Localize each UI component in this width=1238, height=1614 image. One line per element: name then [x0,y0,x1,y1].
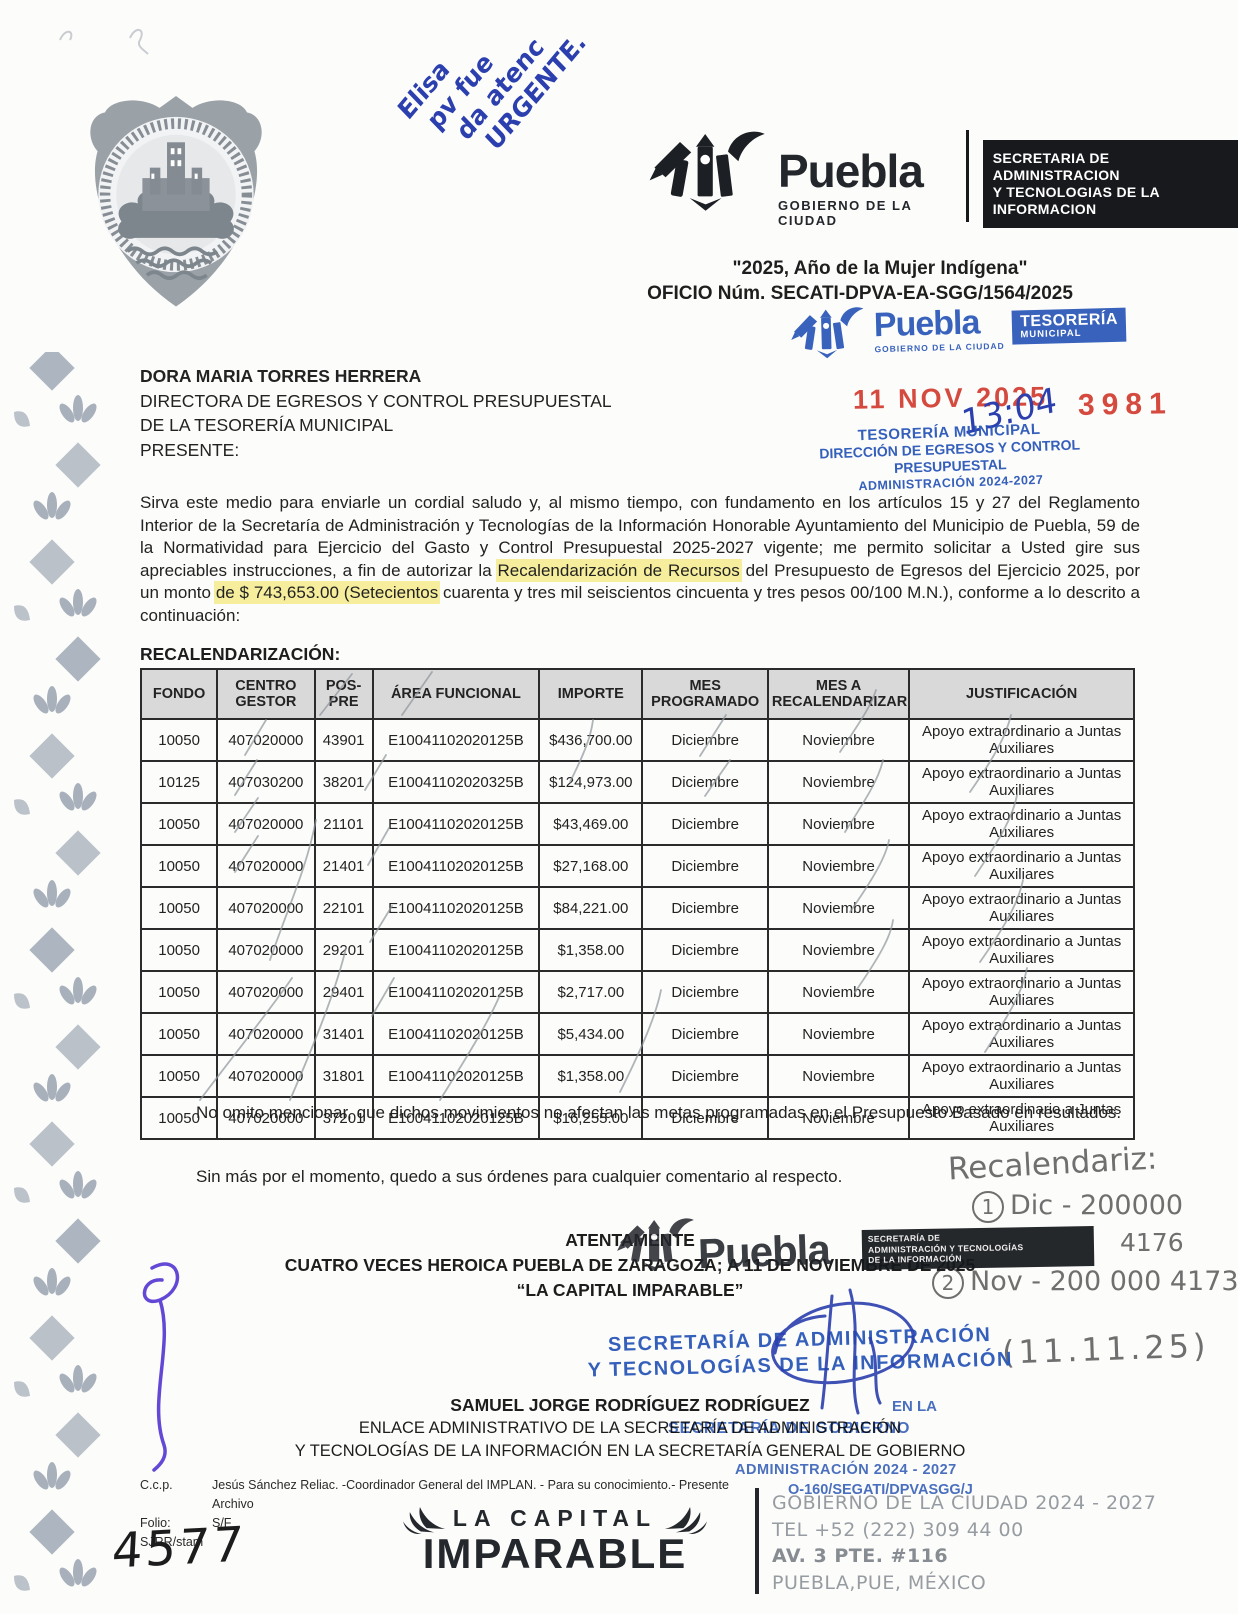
ccp-label: C.c.p. [140,1476,212,1495]
col-header-pos-pre: POS-PRE [315,669,373,719]
cell-mes_recalendarizar: Noviembre [768,845,909,887]
closing-paragraph-1: No omito mencionar, que dichos movimient… [140,1102,1140,1125]
sgg-stamp-line2: SECRETARÍA DE GOBIERNO [668,1420,910,1438]
department-line: SECRETARIA DE ADMINISTRACION [993,150,1228,184]
table-row: 1005040702000031401E10041102020125B$5,43… [141,1013,1134,1055]
cell-justificacion: Apoyo extraordinario a Juntas Auxiliares [909,929,1134,971]
cell-importe: $43,469.00 [539,803,642,845]
handwritten-page-number: 4577 [111,1516,248,1579]
capital-imparable-logo: LA CAPITAL IMPARABLE [390,1502,720,1574]
cell-fondo: 10125 [141,761,217,803]
cell-importe: $1,358.00 [539,929,642,971]
cell-centro_gestor: 407030200 [217,761,314,803]
corner-pencil-marks [40,10,160,60]
cell-centro_gestor: 407020000 [217,803,314,845]
talavera-border-pattern [8,352,116,1614]
table-row: 1005040702000031801E10041102020125B$1,35… [141,1055,1134,1097]
year-motto: "2025, Año de la Mujer Indígena" [640,258,1120,280]
tesoreria-stamp-wordmark-block: Puebla GOBIERNO DE LA CIUDAD [873,305,1004,354]
pencil-note-heading: Recalendariz: [947,1141,1158,1188]
puebla-logo-icon [648,118,768,222]
cell-mes_programado: Diciembre [642,719,767,761]
cell-area_funcional: E10041102020125B [373,803,540,845]
cell-mes_programado: Diciembre [642,803,767,845]
cell-area_funcional: E10041102020125B [373,1055,540,1097]
cell-pos_pre: 29201 [315,929,373,971]
cell-area_funcional: E10041102020125B [373,845,540,887]
capital-logo-bottom-text: IMPARABLE [390,1534,720,1574]
cell-centro_gestor: 407020000 [217,1013,314,1055]
cell-justificacion: Apoyo extraordinario a Juntas Auxiliares [909,845,1134,887]
footer-line: TEL +52 (222) 309 44 00 [772,1517,1156,1544]
highlighted-amount: de $ 743,653.00 (Setecientos [216,583,438,602]
dark-stamp-box: SECRETARÍA DE ADMINISTRACIÓN Y TECNOLOGÍ… [862,1226,1095,1270]
cell-pos_pre: 29401 [315,971,373,1013]
city-crest-icon [82,90,270,314]
stamp-tagline: GOBIERNO DE LA CIUDAD [874,341,1004,354]
footer-address: GOBIERNO DE LA CIUDAD 2024 - 2027 TEL +5… [772,1490,1156,1596]
table-row: 1005040702000021101E10041102020125B$43,4… [141,803,1134,845]
cell-area_funcional: E10041102020125B [373,719,540,761]
cell-pos_pre: 21101 [315,803,373,845]
col-header-mes-programado: MES PROGRAMADO [642,669,767,719]
header-brand: Puebla GOBIERNO DE LA CIUDAD SECRETARIA … [648,118,1238,228]
puebla-logo-dark-icon [616,1212,696,1276]
highlighted-text: Recalendarización de Recursos [498,561,740,580]
signer-title-line1: ENLACE ADMINISTRATIVO DE LA SECRETARÍA D… [180,1417,1080,1440]
cell-mes_programado: Diciembre [642,1055,767,1097]
dark-stamp-wordmark: Puebla [697,1226,830,1279]
direccion-egresos-stamp: TESORERÍA MUNICIPAL DIRECCIÓN DE EGRESOS… [769,418,1131,499]
table-header-row: FONDO CENTRO GESTOR POS-PRE ÁREA FUNCION… [141,669,1134,719]
cell-mes_recalendarizar: Noviembre [768,971,909,1013]
recipient-block: DORA MARIA TORRES HERRERA DIRECTORA DE E… [140,364,612,462]
cell-fondo: 10050 [141,1013,217,1055]
tesoreria-stamp-box: TESORERÍA MUNICIPAL [1012,307,1127,345]
sgg-stamp-fragment: EN LA [892,1398,937,1415]
cell-mes_recalendarizar: Noviembre [768,929,909,971]
cell-mes_recalendarizar: Noviembre [768,1013,909,1055]
cell-importe: $5,434.00 [539,1013,642,1055]
cell-justificacion: Apoyo extraordinario a Juntas Auxiliares [909,1013,1134,1055]
brand-wordmark: Puebla [778,148,948,194]
cell-centro_gestor: 407020000 [217,929,314,971]
cell-centro_gestor: 407020000 [217,845,314,887]
tesoreria-stamp: Puebla GOBIERNO DE LA CIUDAD TESORERÍA M… [789,296,1126,363]
department-line: Y TECNOLOGIAS DE LA INFORMACION [993,184,1228,218]
ccp-line1: C.c.p.Jesús Sánchez Reliac. -Coordinador… [140,1476,729,1495]
table-row: 1005040702000022101E10041102020125B$84,2… [141,887,1134,929]
cell-importe: $84,221.00 [539,887,642,929]
cell-area_funcional: E10041102020125B [373,1013,540,1055]
col-header-justificacion: JUSTIFICACIÓN [909,669,1134,719]
footer-line: AV. 3 PTE. #116 [772,1543,1156,1570]
recalendarizacion-table: FONDO CENTRO GESTOR POS-PRE ÁREA FUNCION… [140,668,1135,1140]
cell-area_funcional: E10041102020325B [373,761,540,803]
cell-fondo: 10050 [141,845,217,887]
cell-mes_recalendarizar: Noviembre [768,761,909,803]
col-header-mes-recalendarizar: MES A RECALENDARIZAR [768,669,909,719]
cell-importe: $1,358.00 [539,1055,642,1097]
cell-mes_programado: Diciembre [642,1013,767,1055]
table-row: 1005040702000029401E10041102020125B$2,71… [141,971,1134,1013]
cell-importe: $124,973.00 [539,761,642,803]
cell-centro_gestor: 407020000 [217,887,314,929]
cell-fondo: 10050 [141,803,217,845]
brand-divider [966,130,969,222]
cell-area_funcional: E10041102020125B [373,971,540,1013]
cell-centro_gestor: 407020000 [217,971,314,1013]
circled-number-1: 1 [972,1191,1004,1223]
wing-left-icon [403,1502,447,1534]
recipient-title: DE LA TESORERÍA MUNICIPAL [140,413,612,438]
cell-justificacion: Apoyo extraordinario a Juntas Auxiliares [909,761,1134,803]
brand-tagline: GOBIERNO DE LA CIUDAD [778,198,948,228]
scanned-oficio-page: Elisa pv fue da atenc URGENTE. Puebla GO… [0,0,1238,1614]
table-row: 1005040702000043901E10041102020125B$436,… [141,719,1134,761]
cell-fondo: 10050 [141,887,217,929]
sgg-stamp-line3: ADMINISTRACIÓN 2024 - 2027 [735,1462,957,1478]
cell-mes_recalendarizar: Noviembre [768,887,909,929]
signer-title-line2: Y TECNOLOGÍAS DE LA INFORMACIÓN EN LA SE… [180,1440,1080,1463]
cell-justificacion: Apoyo extraordinario a Juntas Auxiliares [909,971,1134,1013]
cell-mes_programado: Diciembre [642,971,767,1013]
cell-pos_pre: 43901 [315,719,373,761]
cell-mes_programado: Diciembre [642,887,767,929]
col-header-area-funcional: ÁREA FUNCIONAL [373,669,540,719]
recipient-name: DORA MARIA TORRES HERRERA [140,364,612,389]
col-header-importe: IMPORTE [539,669,642,719]
cell-fondo: 10050 [141,929,217,971]
capital-logo-top-text: LA CAPITAL [453,1506,657,1530]
cell-mes_programado: Diciembre [642,929,767,971]
cell-pos_pre: 22101 [315,887,373,929]
ccp-archivo: Archivo [212,1497,254,1511]
cell-fondo: 10050 [141,719,217,761]
cell-mes_recalendarizar: Noviembre [768,803,909,845]
cell-centro_gestor: 407020000 [217,719,314,761]
cell-area_funcional: E10041102020125B [373,929,540,971]
footer-line: PUEBLA,PUE, MÉXICO [772,1570,1156,1597]
cell-justificacion: Apoyo extraordinario a Juntas Auxiliares [909,1055,1134,1097]
urgent-handwritten-note: Elisa pv fue da atenc URGENTE. [392,0,591,188]
col-header-centro-gestor: CENTRO GESTOR [217,669,314,719]
brand-wordmark-block: Puebla GOBIERNO DE LA CIUDAD [778,118,948,228]
recipient-title: DIRECTORA DE EGRESOS Y CONTROL PRESUPUES… [140,389,612,414]
closing-paragraph-2: Sin más por el momento, quedo a sus órde… [140,1166,960,1189]
col-header-fondo: FONDO [141,669,217,719]
cell-fondo: 10050 [141,1055,217,1097]
cell-pos_pre: 31801 [315,1055,373,1097]
table-row: 1005040702000021401E10041102020125B$27,1… [141,845,1134,887]
pencil-note-item1-cont: 4176 [1120,1228,1184,1257]
cell-mes_recalendarizar: Noviembre [768,719,909,761]
table-row: 1005040702000029201E10041102020125B$1,35… [141,929,1134,971]
signer-name: SAMUEL JORGE RODRÍGUEZ RODRÍGUEZ [180,1394,1080,1417]
section-heading: RECALENDARIZACIÓN: [140,644,340,665]
cell-importe: $27,168.00 [539,845,642,887]
signer-block: SAMUEL JORGE RODRÍGUEZ RODRÍGUEZ ENLACE … [180,1394,1080,1462]
recal-table-body: 1005040702000043901E10041102020125B$436,… [141,719,1134,1139]
cell-mes_recalendarizar: Noviembre [768,1055,909,1097]
pencil-item1-text: Dic - 200000 [1010,1190,1183,1221]
pen-flourish-mark [122,1250,212,1475]
cell-mes_programado: Diciembre [642,845,767,887]
cell-pos_pre: 31401 [315,1013,373,1055]
stamp-wordmark: Puebla [873,305,1004,342]
cell-justificacion: Apoyo extraordinario a Juntas Auxiliares [909,803,1134,845]
cell-importe: $436,700.00 [539,719,642,761]
cell-fondo: 10050 [141,971,217,1013]
cell-centro_gestor: 407020000 [217,1055,314,1097]
cell-justificacion: Apoyo extraordinario a Juntas Auxiliares [909,719,1134,761]
pencil-note-item1: 1Dic - 200000 [972,1190,1183,1223]
stamp-box-line: MUNICIPAL [1020,328,1118,341]
table-row: 1012540703020038201E10041102020325B$124,… [141,761,1134,803]
puebla-logo-blue-icon [789,302,866,362]
footer-line: GOBIERNO DE LA CIUDAD 2024 - 2027 [772,1490,1156,1517]
cell-pos_pre: 21401 [315,845,373,887]
cell-mes_programado: Diciembre [642,761,767,803]
cell-area_funcional: E10041102020125B [373,887,540,929]
recipient-presente: PRESENTE: [140,438,612,463]
cell-importe: $2,717.00 [539,971,642,1013]
department-box: SECRETARIA DE ADMINISTRACION Y TECNOLOGI… [983,140,1238,228]
cell-justificacion: Apoyo extraordinario a Juntas Auxiliares [909,887,1134,929]
letter-body: Sirva este medio para enviarle un cordia… [140,492,1140,627]
cell-pos_pre: 38201 [315,761,373,803]
footer-divider-bar [755,1488,759,1594]
ccp-recipient: Jesús Sánchez Reliac. -Coordinador Gener… [212,1478,729,1492]
